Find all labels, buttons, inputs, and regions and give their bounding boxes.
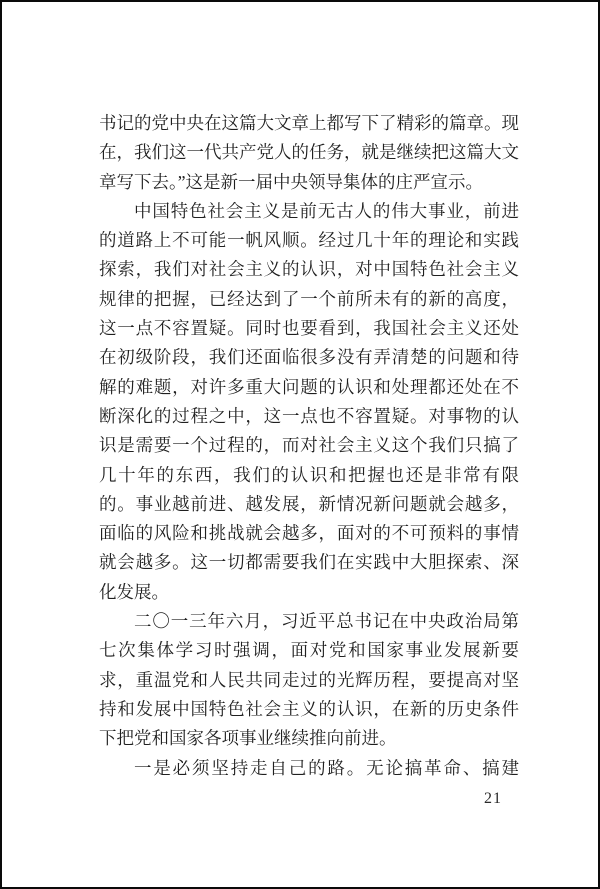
text-line: 这一点不容置疑。同时也要看到，我国社会主义还处 (99, 314, 519, 343)
text-line: 的。事业越前进、越发展，新情况新问题就会越多， (99, 490, 519, 519)
text-line: 化发展。 (99, 578, 519, 607)
text-line: 持和发展中国特色社会主义的认识，在新的历史条件 (99, 695, 519, 724)
text-line: 在初级阶段，我们还面临很多没有弄清楚的问题和待 (99, 343, 519, 372)
book-page: 书记的党中央在这篇大文章上都写下了精彩的篇章。现在，我们这一代共产党人的任务，就… (0, 0, 600, 889)
text-line: 探索，我们对社会主义的认识，对中国特色社会主义 (99, 255, 519, 284)
text-line: 解的难题，对许多重大问题的认识和处理都还处在不 (99, 373, 519, 402)
text-line: 在，我们这一代共产党人的任务，就是继续把这篇大文 (99, 138, 519, 167)
text-line: 求，重温党和人民共同走过的光辉历程，要提高对坚 (99, 666, 519, 695)
text-line: 一是必须坚持走自己的路。无论搞革命、搞建 (99, 754, 519, 783)
text-line: 识是需要一个过程的，而对社会主义这个我们只搞了 (99, 431, 519, 460)
text-line: 规律的把握，已经达到了一个前所未有的新的高度， (99, 285, 519, 314)
text-line: 面临的风险和挑战就会越多，面对的不可预料的事情 (99, 519, 519, 548)
text-line: 中国特色社会主义是前无古人的伟大事业，前进 (99, 197, 519, 226)
page-number: 21 (484, 789, 502, 809)
text-line: 的道路上不可能一帆风顺。经过几十年的理论和实践 (99, 226, 519, 255)
text-line: 下把党和国家各项事业继续推向前进。 (99, 724, 519, 753)
text-line: 七次集体学习时强调，面对党和国家事业发展新要 (99, 636, 519, 665)
page-text: 书记的党中央在这篇大文章上都写下了精彩的篇章。现在，我们这一代共产党人的任务，就… (99, 109, 519, 783)
text-line: 断深化的过程之中，这一点也不容置疑。对事物的认 (99, 402, 519, 431)
text-line: 章写下去。”这是新一届中央领导集体的庄严宣示。 (99, 168, 519, 197)
text-line: 就会越多。这一切都需要我们在实践中大胆探索、深 (99, 548, 519, 577)
text-line: 书记的党中央在这篇大文章上都写下了精彩的篇章。现 (99, 109, 519, 138)
text-line: 二〇一三年六月，习近平总书记在中央政治局第 (99, 607, 519, 636)
text-line: 几十年的东西，我们的认识和把握也还是非常有限 (99, 461, 519, 490)
